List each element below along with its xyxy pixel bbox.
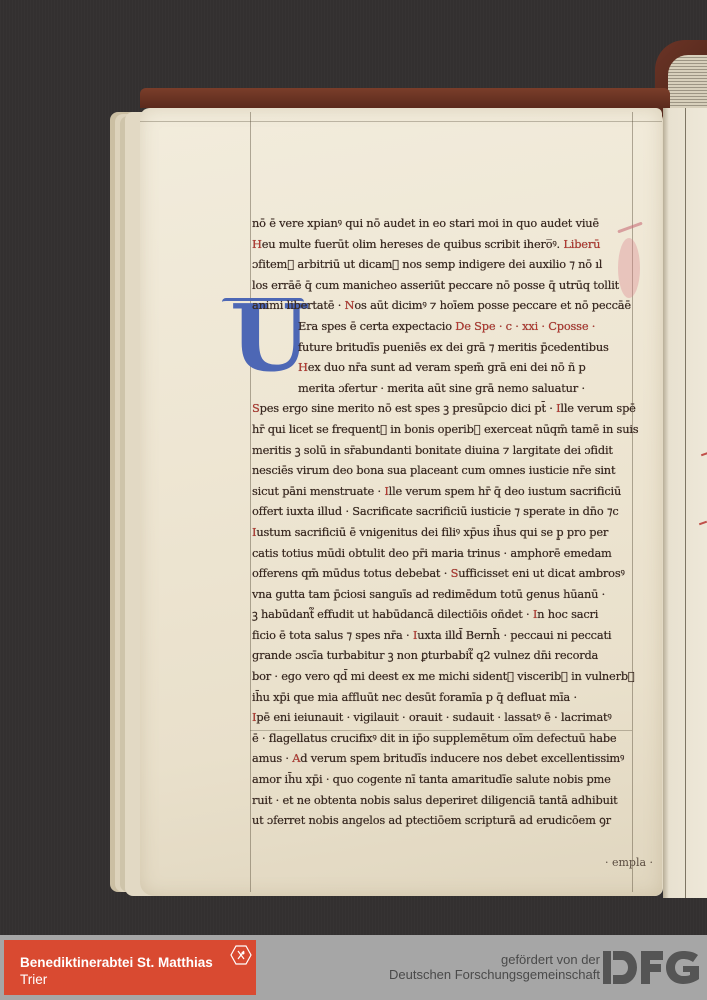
line-text-continued: uxta illd̄ Bernh̄ · peccaui ni peccati	[417, 628, 611, 642]
line-text: future britudīs pueniēs ex dei grā ⁊ mer…	[298, 340, 609, 354]
manuscript-line: Era spes ē certa expectacio De Spe · c ·…	[252, 316, 632, 337]
manuscript-line: ē · flagellatus crucifixꝰ dit in ip̄o su…	[252, 728, 632, 749]
line-text-continued: lle verum spem hr̄ q̄ deo iustum sacrifi…	[389, 484, 621, 498]
manuscript-scan: U nō ē vere xpianꝰ qui nō audet in eo st…	[0, 0, 707, 935]
red-marginal-mark	[701, 452, 707, 457]
manuscript-line: sicut pāni menstruate · Ille verum spem …	[252, 481, 632, 502]
line-text: catis totius mūdi obtulit deo pr̄i maria…	[252, 546, 612, 560]
funding-line-2: Deutschen Forschungsgemeinschaft	[389, 967, 600, 982]
dfg-logo[interactable]: DFG	[603, 951, 701, 984]
manuscript-line: hr̄ qui licet se frequent᷑ in bonis oper…	[252, 419, 632, 440]
line-text: ut ɔferret nobis angelos ad ptectiōem sc…	[252, 813, 611, 827]
page-edges-right	[668, 55, 707, 115]
manuscript-line: meritis ꝫ solū in sr̄abundanti bonitate …	[252, 440, 632, 461]
funding-notice: gefördert von der Deutschen Forschungsge…	[389, 952, 600, 982]
manuscript-line: Ipē eni ieiunauit · vigilauit · orauit ·…	[252, 707, 632, 728]
manuscript-line: offert iuxta illud · Sacrificate sacrifi…	[252, 501, 632, 522]
line-text: offert iuxta illud · Sacrificate sacrifi…	[252, 504, 619, 518]
line-text: ɔfitem᷑ arbitriū ut dicamꝰ nos semp indi…	[252, 257, 602, 271]
line-text: ih̄u xp̄i que mia affluūt nec desūt fora…	[252, 690, 577, 704]
line-text-continued: os aūt dicimꝰ ⁊ hoīem posse peccare et n…	[354, 298, 631, 312]
red-marginal-mark	[699, 521, 707, 526]
facing-page-gutter	[685, 108, 686, 898]
manuscript-line: bor · ego vero qd̄ mi deest ex me michi …	[252, 666, 632, 687]
rubric-heading: Liberū	[563, 237, 600, 251]
manuscript-line: offerens qm̄ mūdus totus debebat · Suffi…	[252, 563, 632, 584]
line-text: eu multe fuerūt olim hereses de quibus s…	[262, 237, 564, 251]
line-text: grande ɔscīa turbabitur ꝫ non ꝑturbabit᷑…	[252, 648, 598, 662]
rubricated-letter: H	[252, 237, 262, 251]
binding-leather-top	[140, 88, 670, 108]
manuscript-line: Heu multe fuerūt olim hereses de quibus …	[252, 234, 632, 255]
manuscript-line: los errāē q̄ cum manicheo asseriūt pecca…	[252, 275, 632, 296]
manuscript-line: ɔfitem᷑ arbitriū ut dicamꝰ nos semp indi…	[252, 254, 632, 275]
manuscript-line: grande ɔscīa turbabitur ꝫ non ꝑturbabit᷑…	[252, 645, 632, 666]
line-text: ruit · et ne obtenta nobis salus deperir…	[252, 793, 618, 807]
manuscript-line: Spes ergo sine merito nō est spes ꝫ pres…	[252, 398, 632, 419]
line-text-continued: d verum spem britudīs inducere nos debet…	[300, 751, 624, 765]
catchword: · empla ·	[605, 856, 653, 869]
line-text: amus ·	[252, 751, 292, 765]
manuscript-text-block: nō ē vere xpianꝰ qui nō audet in eo star…	[252, 213, 632, 831]
manuscript-line: ꝫ habūdant᷑ effudit ut habūdancā dilecti…	[252, 604, 632, 625]
facing-page	[663, 108, 707, 898]
line-text: bor · ego vero qd̄ mi deest ex me michi …	[252, 669, 635, 683]
manuscript-line: Iustum sacrificiū ē vnigenitus dei filiꝰ…	[252, 522, 632, 543]
line-text-continued: n hoc sacri	[537, 607, 598, 621]
manuscript-line: catis totius mūdi obtulit deo pr̄i maria…	[252, 543, 632, 564]
line-text: animi libertatē ·	[252, 298, 345, 312]
manuscript-line: ruit · et ne obtenta nobis salus deperir…	[252, 790, 632, 811]
line-text: ex duo nr̄a sunt ad veram spem̄ grā eni …	[308, 360, 586, 374]
ruling-line-right	[632, 112, 633, 892]
manuscript-line: animi libertatē · Nos aūt dicimꝰ ⁊ hoīem…	[252, 295, 632, 316]
ruling-line-top	[140, 121, 662, 122]
manuscript-line: ficio ē tota salus ⁊ spes nr̄a · Iuxta i…	[252, 625, 632, 646]
line-text: nō ē vere xpianꝰ qui nō audet in eo star…	[252, 216, 599, 230]
line-text: meritis ꝫ solū in sr̄abundanti bonitate …	[252, 443, 613, 457]
rubricated-letter: S	[252, 401, 260, 415]
manuscript-line: merita ɔfertur · merita aūt sine grā nem…	[252, 378, 632, 399]
line-text: amor ih̄u xp̄i · quo cogente nī tanta am…	[252, 772, 611, 786]
line-text: offerens qm̄ mūdus totus debebat ·	[252, 566, 451, 580]
manuscript-line: ut ɔferret nobis angelos ad ptectiōem sc…	[252, 810, 632, 831]
line-text: ꝫ habūdant᷑ effudit ut habūdancā dilecti…	[252, 607, 533, 621]
line-text: vna gutta tam p̄ciosi sanguīs ad redimēd…	[252, 587, 605, 601]
line-text: nesciēs virum deo bona sua placeant cum …	[252, 463, 615, 477]
line-text: Era spes ē certa expectacio	[298, 319, 455, 333]
manuscript-line: amus · Ad verum spem britudīs inducere n…	[252, 748, 632, 769]
line-text: ficio ē tota salus ⁊ spes nr̄a ·	[252, 628, 413, 642]
institution-city: Trier	[20, 972, 47, 987]
line-text: merita ɔfertur · merita aūt sine grā nem…	[298, 381, 585, 395]
line-text: los errāē q̄ cum manicheo asseriūt pecca…	[252, 278, 619, 292]
line-text: pes ergo sine merito nō est spes ꝫ presū…	[260, 401, 556, 415]
line-text: ustum sacrificiū ē vnigenitus dei filiꝰ …	[256, 525, 608, 539]
manuscript-line: ih̄u xp̄i que mia affluūt nec desūt fora…	[252, 687, 632, 708]
line-text: sicut pāni menstruate ·	[252, 484, 384, 498]
line-text: ē · flagellatus crucifixꝰ dit in ip̄o su…	[252, 731, 616, 745]
manuscript-line: vna gutta tam p̄ciosi sanguīs ad redimēd…	[252, 584, 632, 605]
line-text-continued: ufficisset eni ut dicat ambrosꝰ	[458, 566, 624, 580]
institution-name: Benediktinerabtei St. Matthias	[20, 955, 213, 970]
manuscript-line: amor ih̄u xp̄i · quo cogente nī tanta am…	[252, 769, 632, 790]
rubric-heading: De Spe · c · xxi · Cposse ·	[455, 319, 595, 333]
manuscript-line: Hex duo nr̄a sunt ad veram spem̄ grā eni…	[252, 357, 632, 378]
manuscript-line: nō ē vere xpianꝰ qui nō audet in eo star…	[252, 213, 632, 234]
line-text: hr̄ qui licet se frequent᷑ in bonis oper…	[252, 422, 638, 436]
footer-banner: Benediktinerabtei St. Matthias Trier gef…	[0, 935, 707, 1000]
manuscript-line: future britudīs pueniēs ex dei grā ⁊ mer…	[252, 337, 632, 358]
ruling-line-left	[250, 112, 251, 892]
manuscript-line: nesciēs virum deo bona sua placeant cum …	[252, 460, 632, 481]
rubricated-letter: N	[345, 298, 355, 312]
line-text-continued: lle verum spē	[560, 401, 635, 415]
rubricated-letter: H	[298, 360, 308, 374]
institution-banner[interactable]: Benediktinerabtei St. Matthias Trier	[4, 940, 256, 995]
funding-line-1: gefördert von der	[389, 952, 600, 967]
line-text: pē eni ieiunauit · vigilauit · orauit · …	[256, 710, 611, 724]
hexagon-emblem-icon	[230, 944, 252, 966]
